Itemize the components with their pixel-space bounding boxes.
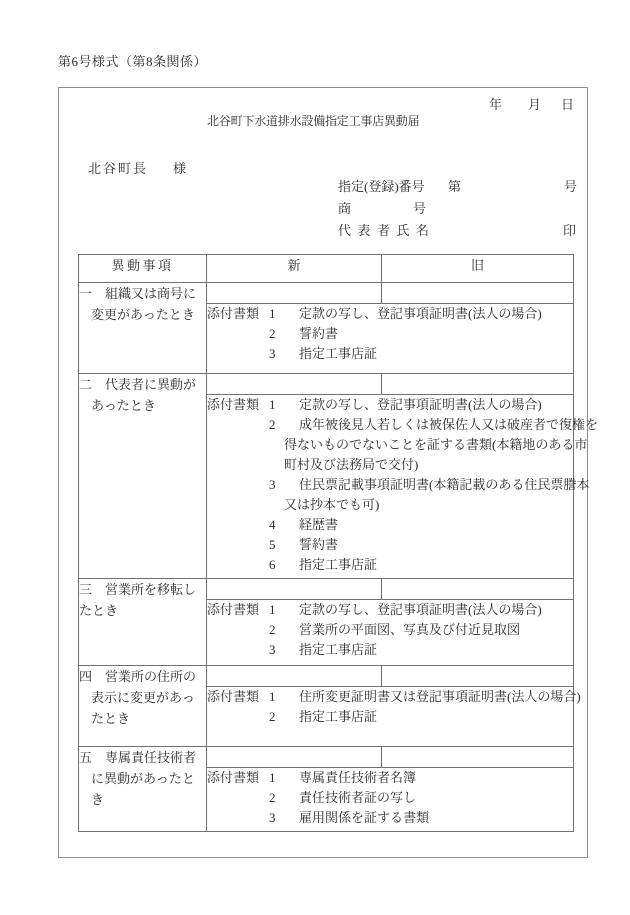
- attachment-item: 1住所変更証明書又は登記事項証明書(法人の場合): [269, 687, 581, 707]
- form-title: 北谷町下水道排水設備指定工事店異動届: [207, 112, 419, 129]
- attachment-list: 1住所変更証明書又は登記事項証明書(法人の場合) 2指定工事店証: [269, 687, 581, 727]
- attachment-item: 2責任技術者証の写し: [269, 788, 573, 808]
- attachment-item-continuation: 得ないものでないことを証する書類(本籍地のある市: [269, 435, 598, 455]
- seal-mark: 印: [563, 220, 576, 239]
- attachment-item: 5誓約書: [269, 535, 598, 555]
- attachment-item: 4経歴書: [269, 515, 598, 535]
- new-value-cell: [207, 283, 382, 304]
- attachment-label: 添付書類: [207, 687, 259, 707]
- new-value-cell: [207, 579, 382, 600]
- attachment-item: 2指定工事店証: [269, 707, 581, 727]
- attachment-item: 2成年被後見人若しくは被保佐人又は破産者で復権を: [269, 415, 598, 435]
- change-item-line: 五 専属責任技術者: [79, 747, 206, 768]
- table-row: 三 営業所を移転し たとき: [79, 579, 574, 600]
- attachment-label: 添付書類: [207, 304, 259, 324]
- old-value-cell: [382, 283, 574, 304]
- attachment-list: 1定款の写し、登記事項証明書(法人の場合) 2成年被後見人若しくは被保佐人又は破…: [269, 395, 598, 575]
- year-label: 年: [489, 94, 502, 113]
- old-value-cell: [382, 579, 574, 600]
- table-row: 四 営業所の住所の 表示に変更があっ たとき: [79, 666, 574, 687]
- representative-row: 代表者氏名 印: [338, 220, 578, 242]
- attachment-item: 1定款の写し、登記事項証明書(法人の場合): [269, 395, 598, 415]
- change-item-label: 二 代表者に異動が あったとき: [79, 374, 207, 579]
- attachments-cell: 添付書類 1住所変更証明書又は登記事項証明書(法人の場合) 2指定工事店証: [207, 687, 574, 747]
- new-value-cell: [207, 374, 382, 395]
- month-label: 月: [528, 94, 541, 113]
- change-item-line: 表示に変更があっ: [79, 687, 206, 708]
- form-border-box: 年 月 日 北谷町下水道排水設備指定工事店異動届 北谷町長 様 指定(登録)番号…: [58, 87, 588, 858]
- attachments-cell: 添付書類 1定款の写し、登記事項証明書(法人の場合) 2成年被後見人若しくは被保…: [207, 395, 574, 579]
- old-value-cell: [382, 666, 574, 687]
- change-item-line: あったとき: [79, 395, 206, 416]
- representative-label: 代表者氏名: [338, 220, 436, 239]
- addressee-name: 北谷町長: [88, 158, 148, 177]
- header-old: 旧: [382, 255, 574, 283]
- header-change-item: 異動事項: [79, 255, 207, 283]
- attachment-item: 1定款の写し、登記事項証明書(法人の場合): [269, 304, 573, 324]
- day-label: 日: [561, 94, 574, 113]
- attachment-item: 2営業所の平面図、写真及び付近見取図: [269, 620, 573, 640]
- trade-name-row: 商 号: [338, 198, 578, 220]
- addressee-honorific: 様: [173, 158, 186, 177]
- attachment-label: 添付書類: [207, 768, 259, 788]
- attachment-item: 2誓約書: [269, 324, 573, 344]
- old-value-cell: [382, 747, 574, 768]
- attachment-item: 1専属責任技術者名簿: [269, 768, 573, 788]
- change-item-label: 一 組織又は商号に 変更があったとき: [79, 283, 207, 374]
- table-row: 五 専属責任技術者 に異動があったと き: [79, 747, 574, 768]
- attachment-item: 3指定工事店証: [269, 344, 573, 364]
- table-row: 一 組織又は商号に 変更があったとき: [79, 283, 574, 304]
- attachment-list: 1定款の写し、登記事項証明書(法人の場合) 2誓約書 3指定工事店証: [269, 304, 573, 364]
- attachment-list: 1定款の写し、登記事項証明書(法人の場合) 2営業所の平面図、写真及び付近見取図…: [269, 600, 573, 660]
- change-item-line: 三 営業所を移転し: [79, 579, 206, 600]
- change-item-line: 二 代表者に異動が: [79, 374, 206, 395]
- date-line: 年 月 日: [59, 94, 587, 110]
- document-page: 第6号様式（第8条関係） 年 月 日 北谷町下水道排水設備指定工事店異動届 北谷…: [0, 0, 630, 915]
- change-item-label: 四 営業所の住所の 表示に変更があっ たとき: [79, 666, 207, 747]
- change-item-line: き: [79, 789, 206, 810]
- trade-name-label-left: 商: [338, 198, 351, 217]
- registration-number-prefix: 第: [448, 176, 461, 195]
- attachment-list: 1専属責任技術者名簿 2責任技術者証の写し 3雇用関係を証する書類: [269, 768, 573, 828]
- form-number: 第6号様式（第8条関係）: [58, 51, 207, 70]
- registration-number-suffix: 号: [564, 176, 577, 195]
- change-item-line: 変更があったとき: [79, 304, 206, 325]
- registration-number-row: 指定(登録)番号 第 号: [338, 176, 578, 198]
- attachment-item-continuation: 町村及び法務局で交付): [269, 455, 598, 475]
- new-value-cell: [207, 666, 382, 687]
- header-new: 新: [207, 255, 382, 283]
- change-items-table: 異動事項 新 旧 一 組織又は商号に 変更があったとき 添付書類: [78, 254, 574, 832]
- attachment-label: 添付書類: [207, 395, 259, 415]
- applicant-fields: 指定(登録)番号 第 号 商 号 代表者氏名 印: [338, 176, 578, 242]
- attachment-item: 3雇用関係を証する書類: [269, 808, 573, 828]
- old-value-cell: [382, 374, 574, 395]
- attachment-item: 3指定工事店証: [269, 640, 573, 660]
- attachment-item: 1定款の写し、登記事項証明書(法人の場合): [269, 600, 573, 620]
- attachment-item: 6指定工事店証: [269, 555, 598, 575]
- change-item-line: に異動があったと: [79, 768, 206, 789]
- attachments-cell: 添付書類 1定款の写し、登記事項証明書(法人の場合) 2営業所の平面図、写真及び…: [207, 600, 574, 666]
- attachments-cell: 添付書類 1専属責任技術者名簿 2責任技術者証の写し 3雇用関係を証する書類: [207, 768, 574, 832]
- change-item-line: たとき: [79, 600, 206, 621]
- trade-name-label-right: 号: [413, 198, 426, 217]
- change-item-line: たとき: [79, 708, 206, 729]
- change-item-line: 一 組織又は商号に: [79, 283, 206, 304]
- registration-number-label: 指定(登録)番号: [338, 176, 425, 195]
- change-item-label: 五 専属責任技術者 に異動があったと き: [79, 747, 207, 832]
- new-value-cell: [207, 747, 382, 768]
- attachment-label: 添付書類: [207, 600, 259, 620]
- attachment-item-continuation: 又は抄本でも可): [269, 495, 598, 515]
- table-row: 二 代表者に異動が あったとき: [79, 374, 574, 395]
- change-item-line: 四 営業所の住所の: [79, 666, 206, 687]
- attachments-cell: 添付書類 1定款の写し、登記事項証明書(法人の場合) 2誓約書 3指定工事店証: [207, 304, 574, 374]
- table-header-row: 異動事項 新 旧: [79, 255, 574, 283]
- change-item-label: 三 営業所を移転し たとき: [79, 579, 207, 666]
- attachment-item: 3住民票記載事項証明書(本籍記載のある住民票謄本: [269, 475, 598, 495]
